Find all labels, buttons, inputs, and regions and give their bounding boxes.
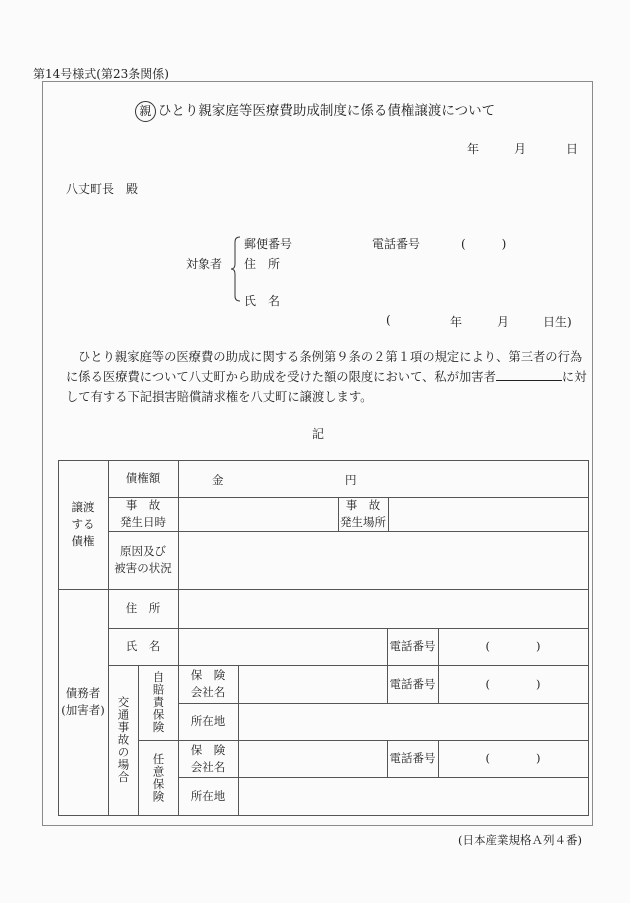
birth-day: 日生) xyxy=(543,313,572,330)
amount-prefix: 金 xyxy=(212,472,224,488)
page-title: 親ひとり親家庭等医療費助成制度に係る債権譲渡について xyxy=(0,99,630,122)
address-label: 住 所 xyxy=(244,255,280,272)
compulsory-insurance-label: 自賠責保険 xyxy=(138,665,178,740)
claim-amount-label: 債権額 xyxy=(108,460,178,497)
compulsory-location-label: 所在地 xyxy=(178,703,238,740)
claim-section-label: 譲渡 する 債権 xyxy=(58,460,108,589)
phone-label: 電話番号 xyxy=(372,235,420,252)
birth-year: 年 xyxy=(450,313,462,330)
voluntary-insurer-field[interactable] xyxy=(239,741,386,776)
accident-place-field[interactable] xyxy=(389,498,587,530)
debtor-section-label: 債務者 (加害者) xyxy=(58,589,108,815)
compulsory-insurer-field[interactable] xyxy=(239,666,386,702)
claim-amount-field[interactable] xyxy=(228,462,338,495)
cause-label: 原因及び 被害の状況 xyxy=(108,531,178,589)
birth-month: 月 xyxy=(497,313,509,330)
voluntary-location-label: 所在地 xyxy=(178,777,238,815)
cause-field[interactable] xyxy=(179,532,587,588)
circled-oya-mark: 親 xyxy=(135,101,156,122)
amount-suffix: 円 xyxy=(345,472,357,488)
date-day: 日 xyxy=(566,140,578,157)
title-text: ひとり親家庭等医療費助成制度に係る債権譲渡について xyxy=(158,103,495,119)
voluntary-phone-label: 電話番号 xyxy=(387,740,438,777)
form-number: 第14号様式(第23条関係) xyxy=(33,65,169,82)
name-label: 氏 名 xyxy=(244,292,280,309)
compulsory-phone-field[interactable]: ( ) xyxy=(438,665,588,703)
assailant-name-blank[interactable] xyxy=(496,367,562,381)
debtor-address-label: 住 所 xyxy=(108,589,178,628)
voluntary-location-field[interactable] xyxy=(239,778,587,814)
voluntary-insurer-label: 保 険 会社名 xyxy=(178,740,238,777)
assignment-statement: ひとり親家庭等の医療費の助成に関する条例第９条の２第１項の規定により、第三者の行… xyxy=(66,347,588,407)
compulsory-location-field[interactable] xyxy=(239,704,587,739)
date-year: 年 xyxy=(467,140,479,157)
applicant-label: 対象者 xyxy=(186,255,222,272)
compulsory-phone-label: 電話番号 xyxy=(387,665,438,703)
compulsory-insurer-label: 保 険 会社名 xyxy=(178,665,238,703)
debtor-address-field[interactable] xyxy=(179,590,587,627)
accident-date-field[interactable] xyxy=(179,498,337,530)
accident-date-label: 事 故 発生日時 xyxy=(108,497,178,531)
voluntary-insurance-label: 任意保険 xyxy=(138,740,178,815)
phone-value[interactable]: ( ) xyxy=(461,235,506,252)
debtor-phone-label: 電話番号 xyxy=(387,628,438,665)
brace-icon xyxy=(231,236,241,302)
traffic-accident-label: 交通事故の場合 xyxy=(108,665,138,815)
ki-heading: 記 xyxy=(312,425,324,442)
addressee: 八丈町長 殿 xyxy=(66,180,138,197)
voluntary-phone-field[interactable]: ( ) xyxy=(438,740,588,777)
paper-size-note: (日本産業規格Ａ列４番) xyxy=(458,832,582,848)
birth-open: ( xyxy=(386,313,391,327)
date-month: 月 xyxy=(514,140,526,157)
postal-code-label: 郵便番号 xyxy=(244,235,292,252)
debtor-name-field[interactable] xyxy=(179,629,386,664)
accident-place-label: 事 故 発生場所 xyxy=(338,497,388,531)
debtor-name-label: 氏 名 xyxy=(108,628,178,665)
debtor-phone-field[interactable]: ( ) xyxy=(438,628,588,665)
